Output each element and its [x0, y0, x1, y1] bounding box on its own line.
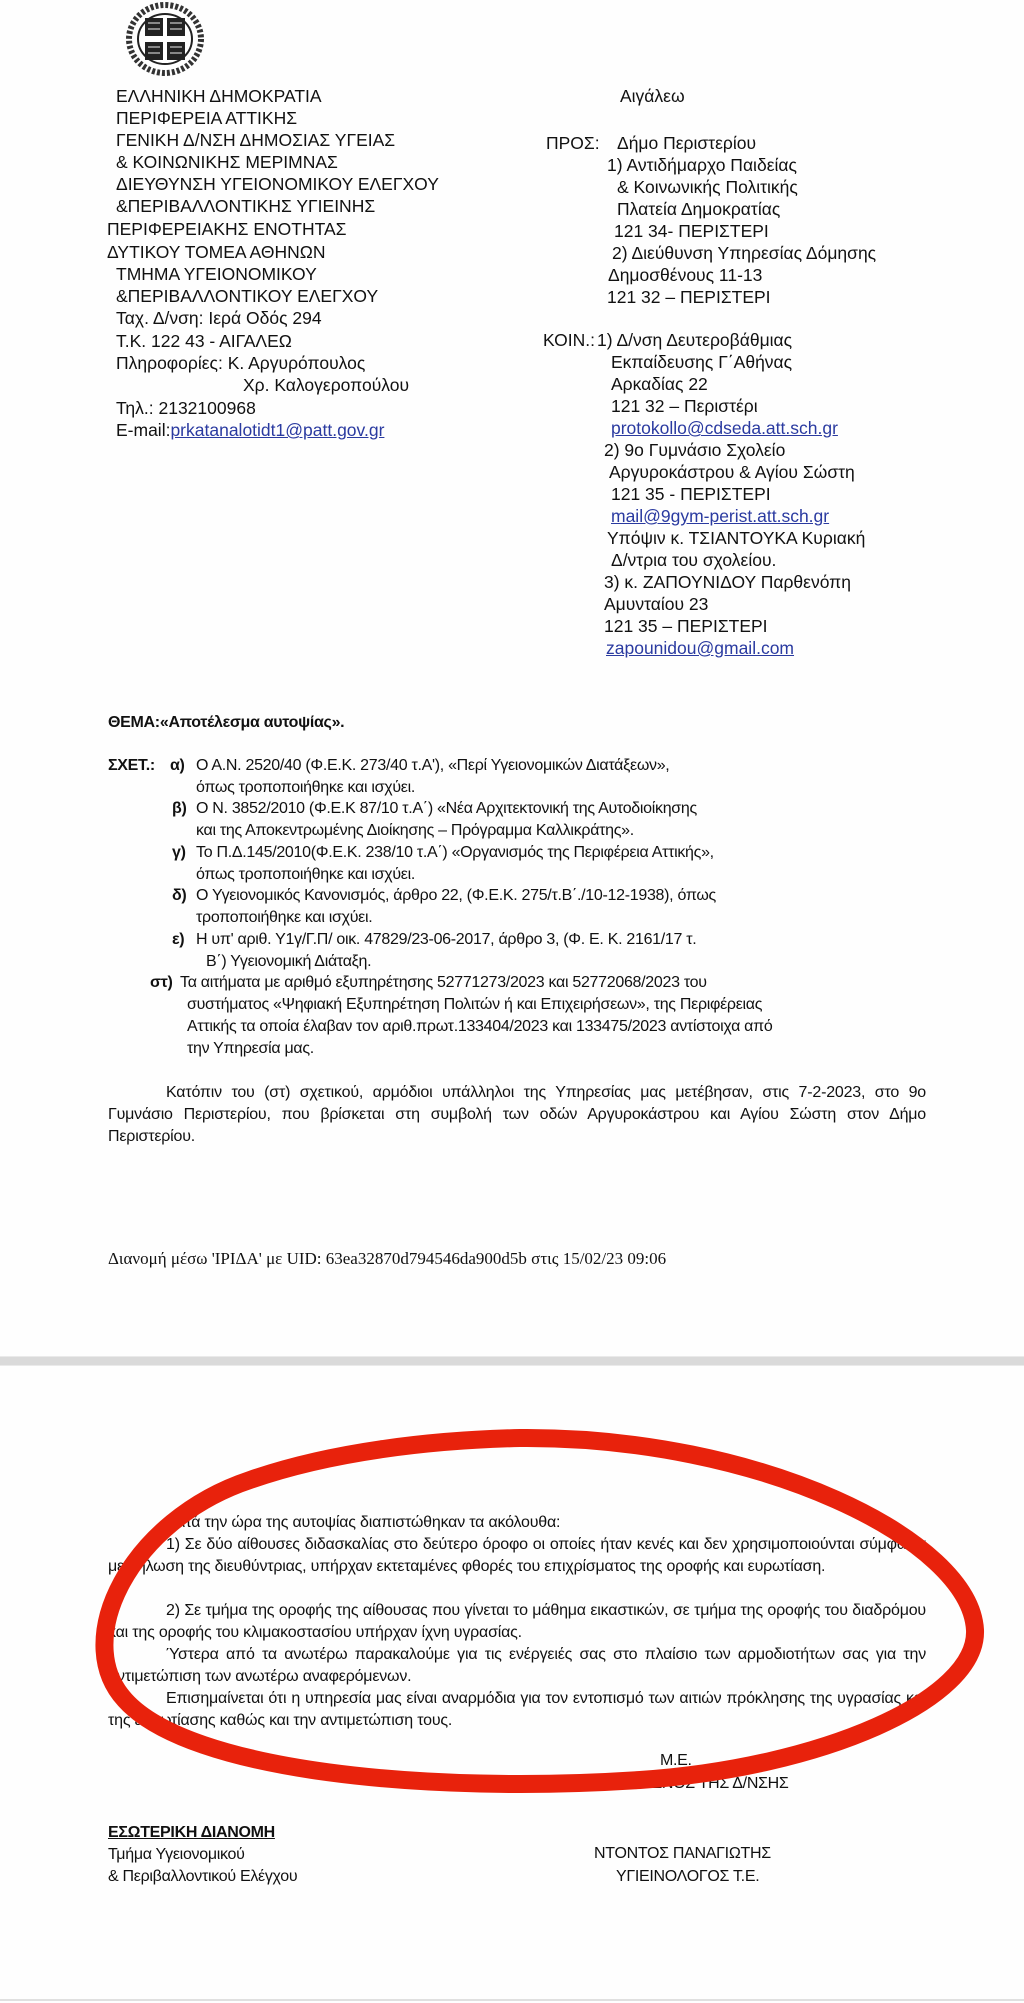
recipient-line: 121 34- ΠΕΡΙΣΤΕΡΙ	[614, 220, 769, 242]
sender-line: Χρ. Καλογεροπούλου	[243, 374, 409, 396]
cc-email-link[interactable]: mail@9gym-perist.att.sch.gr	[611, 505, 829, 527]
sender-line: Τ.Κ. 122 43 - ΑΙΓΑΛΕΩ	[116, 330, 292, 352]
sender-line: ΤΜΗΜΑ ΥΓΕΙΟΝΟΜΙΚΟΥ	[116, 263, 317, 285]
references-label: ΣΧΕΤ.:	[108, 755, 155, 777]
ref-marker: α)	[170, 755, 185, 777]
cc-line: Αμυνταίου 23	[604, 593, 708, 615]
signature-title: Ο ΠΡΟΪΣΤΑΜΕΝΟΣ ΤΗΣ Δ/ΝΣΗΣ	[556, 1773, 789, 1795]
pros-label: ΠΡΟΣ:	[546, 132, 600, 154]
signature-name: ΝΤΟΝΤΟΣ ΠΑΝΑΓΙΩΤΗΣ	[594, 1843, 771, 1865]
recipient-line: & Κοινωνικής Πολιτικής	[617, 176, 798, 198]
finding-item-2: 2) Σε τμήμα της οροφής της αίθουσας που …	[108, 1600, 926, 1644]
sender-line: Ταχ. Δ/νση: Ιερά Οδός 294	[116, 307, 322, 329]
cc-line: 121 35 – ΠΕΡΙΣΤΕΡΙ	[604, 615, 768, 637]
sender-line: ΔΙΕΥΘΥΝΣΗ ΥΓΕΙΟΝΟΜΙΚΟΥ ΕΛΕΓΧΟΥ	[116, 173, 439, 195]
sender-line: ΔΥΤΙΚΟΥ ΤΟΜΕΑ ΑΘΗΝΩΝ	[107, 241, 325, 263]
sender-line: ΓΕΝΙΚΗ Δ/ΝΣΗ ΔΗΜΟΣΙΑΣ ΥΓΕΙΑΣ	[116, 129, 395, 151]
cc-line: Εκπαίδευσης Γ΄Αθήνας	[611, 351, 792, 373]
internal-distribution-line: & Περιβαλλοντικού Ελέγχου	[108, 1866, 297, 1888]
findings-note: Επισημαίνεται ότι η υπηρεσία μας είναι α…	[108, 1688, 926, 1732]
ref-text: Η υπ' αριθ. Υ1γ/Γ.Π/ οικ. 47829/23-06-20…	[196, 929, 696, 951]
place: Αιγάλεω	[620, 85, 685, 107]
page-separator	[0, 1356, 1024, 1366]
ref-marker: β)	[172, 798, 187, 820]
signature-partial: Μ.Ε.	[660, 1750, 692, 1772]
ref-marker: ε)	[172, 929, 184, 951]
sender-line: &ΠΕΡΙΒΑΛΛΟΝΤΙΚΟΥ ΕΛΕΓΧΟΥ	[116, 285, 378, 307]
ref-text: Ο Ν. 3852/2010 (Φ.Ε.Κ 87/10 τ.Α΄) «Νέα Α…	[196, 798, 697, 820]
sender-phone: Τηλ.: 2132100968	[116, 397, 256, 419]
ref-text: τροποποιήθηκε και ισχύει.	[196, 907, 372, 929]
internal-distribution-line: Τμήμα Υγειονομικού	[108, 1844, 245, 1866]
cc-line: 1) Δ/νση Δευτεροβάθμιας	[597, 329, 792, 351]
ref-text: Τα αιτήματα με αριθμό εξυπηρέτησης 52771…	[180, 972, 707, 994]
sender-line: ΠΕΡΙΦΕΡΕΙΑ ΑΤΤΙΚΗΣ	[116, 107, 297, 129]
findings-request: Ύστερα από τα ανωτέρω παρακαλούμε για τι…	[108, 1644, 926, 1688]
koin-label: ΚΟΙΝ.:	[543, 329, 595, 351]
cc-line: 121 32 – Περιστέρι	[611, 395, 758, 417]
ref-text: και της Αποκεντρωμένης Διοίκησης – Πρόγρ…	[196, 820, 634, 842]
cc-line: Αρκαδίας 22	[611, 373, 708, 395]
cc-line: Υπόψιν κ. ΤΣΙΑΝΤΟΥΚΑ Κυριακή	[607, 527, 865, 549]
recipient-line: Δήμο Περιστερίου	[617, 132, 756, 154]
signature-role: ΥΓΙΕΙΝΟΛΟΓΟΣ Τ.Ε.	[616, 1866, 759, 1888]
subject-text: «Αποτέλεσμα αυτοψίας».	[160, 714, 344, 731]
ref-text: συστήματος «Ψηφιακή Εξυπηρέτηση Πολιτών …	[187, 994, 762, 1016]
recipient-line: 121 32 – ΠΕΡΙΣΤΕΡΙ	[607, 286, 771, 308]
distribution-note: Διανομή μέσω 'ΙΡΙΔΑ' με UID: 63ea32870d7…	[108, 1248, 666, 1270]
bottom-edge	[0, 1999, 1024, 2001]
sender-email-link[interactable]: prkatanalotidt1@patt.gov.gr	[170, 420, 384, 440]
cc-email-link[interactable]: protokollo@cdseda.att.sch.gr	[611, 417, 838, 439]
ref-text: Ο Α.Ν. 2520/40 (Φ.Ε.Κ. 273/40 τ.Α'), «Πε…	[196, 755, 669, 777]
recipient-line: 2) Διεύθυνση Υπηρεσίας Δόμησης	[612, 242, 876, 264]
ref-text: την Υπηρεσία μας.	[187, 1038, 314, 1060]
ref-marker: στ)	[150, 972, 173, 994]
cc-line: Δ/ντρια του σχολείου.	[611, 549, 776, 571]
ref-text: Αττικής τα οποία έλαβαν τον αριθ.πρωτ.13…	[187, 1016, 772, 1038]
ref-text: όπως τροποποιήθηκε και ισχύει.	[196, 777, 415, 799]
recipient-line: 1) Αντιδήμαρχο Παιδείας	[607, 154, 797, 176]
cc-line: 2) 9ο Γυμνάσιο Σχολείο	[604, 439, 785, 461]
ref-text: Ο Υγειονομικός Κανονισμός, άρθρο 22, (Φ.…	[196, 885, 716, 907]
cc-line: 121 35 - ΠΕΡΙΣΤΕΡΙ	[611, 483, 771, 505]
recipient-line: Δημοσθένους 11-13	[608, 264, 762, 286]
internal-distribution-heading: ΕΣΩΤΕΡΙΚΗ ΔΙΑΝΟΜΗ	[108, 1822, 275, 1844]
ref-text: όπως τροποποιήθηκε και ισχύει.	[196, 864, 415, 886]
subject-line: ΘΕΜΑ:«Αποτέλεσμα αυτοψίας».	[108, 712, 344, 734]
ref-text: Το Π.Δ.145/2010(Φ.Ε.Κ. 238/10 τ.Α΄) «Οργ…	[196, 842, 714, 864]
sender-line: ΠΕΡΙΦΕΡΕΙΑΚΗΣ ΕΝΟΤΗΤΑΣ	[107, 218, 346, 240]
sender-line: Πληροφορίες: Κ. Αργυρόπουλος	[116, 352, 365, 374]
subject-label: ΘΕΜΑ:	[108, 714, 160, 731]
sender-line: & ΚΟΙΝΩΝΙΚΗΣ ΜΕΡΙΜΝΑΣ	[116, 151, 338, 173]
sender-email-row: E-mail:prkatanalotidt1@patt.gov.gr	[116, 419, 384, 441]
cc-line: 3) κ. ΖΑΠΟΥΝΙΔΟΥ Παρθενόπη	[604, 571, 851, 593]
cc-line: Αργυροκάστρου & Αγίου Σώστη	[609, 461, 855, 483]
cc-email-link[interactable]: zapounidou@gmail.com	[606, 637, 794, 659]
ref-marker: δ)	[172, 885, 186, 907]
sender-line: ΕΛΛΗΝΙΚΗ ΔΗΜΟΚΡΑΤΙΑ	[116, 85, 322, 107]
finding-item-1: 1) Σε δύο αίθουσες διδασκαλίας στο δεύτε…	[108, 1534, 926, 1578]
findings-lead: Κατά την ώρα της αυτοψίας διαπιστώθηκαν …	[108, 1512, 926, 1534]
sender-line: &ΠΕΡΙΒΑΛΛΟΝΤΙΚΗΣ ΥΓΙΕΙΝΗΣ	[116, 195, 375, 217]
ref-text: Β΄) Υγειονομική Διάταξη.	[206, 951, 371, 973]
recipient-line: Πλατεία Δημοκρατίας	[617, 198, 780, 220]
email-label: E-mail:	[116, 420, 170, 440]
ref-marker: γ)	[172, 842, 186, 864]
intro-paragraph: Κατόπιν του (στ) σχετικού, αρμόδιοι υπάλ…	[108, 1082, 926, 1148]
greek-coat-of-arms-icon	[125, 2, 205, 76]
